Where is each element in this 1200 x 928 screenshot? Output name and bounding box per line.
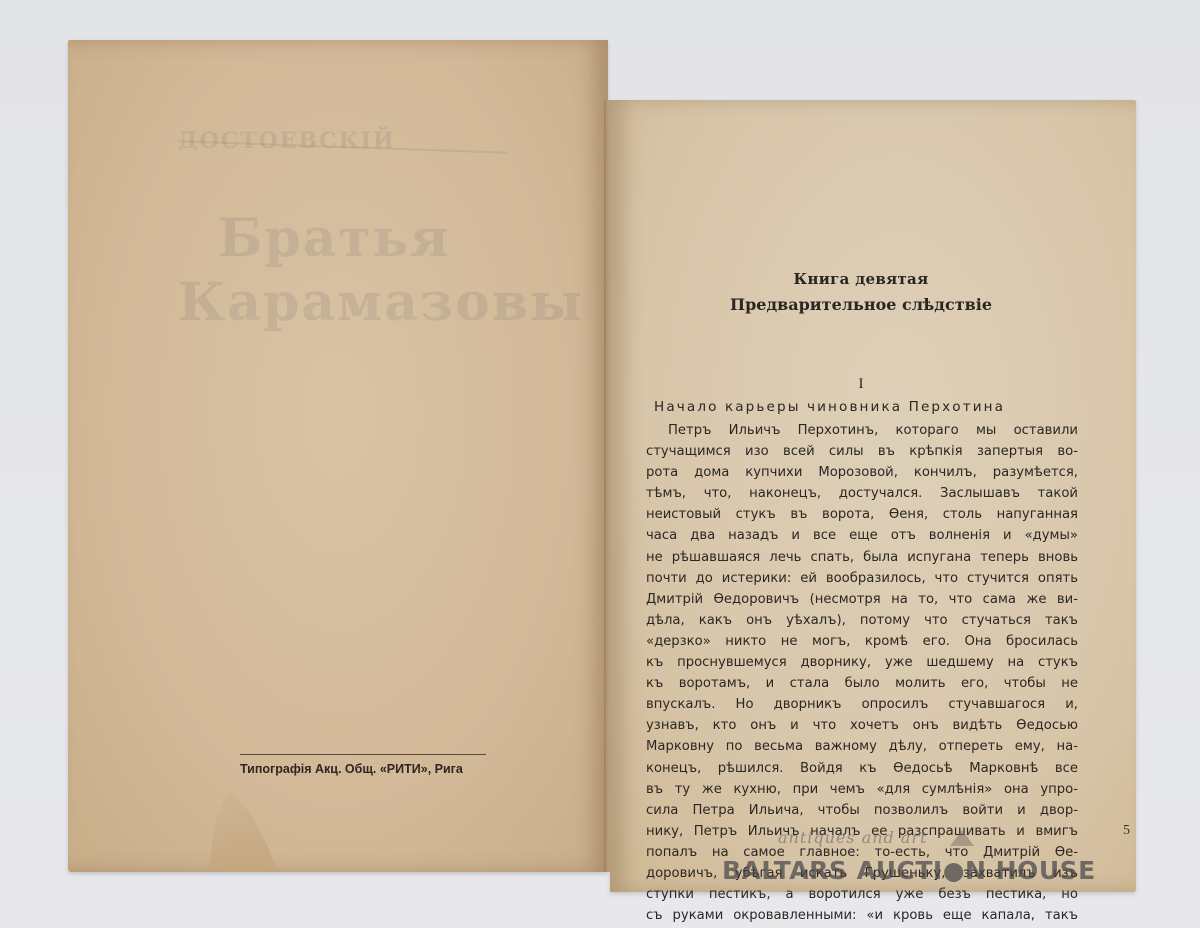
book-title: Книга девятая	[646, 270, 1076, 288]
imprint-divider	[240, 754, 486, 755]
watermark-subtitle: antiques and art	[778, 828, 928, 847]
auction-house-watermark: antiques and art BALTARS AUCTI●N HOUSE	[722, 830, 1122, 900]
chapter-title: Начало карьеры чиновника Перхотина	[654, 399, 1084, 415]
open-book: ДОСТОЕВСКІЙ Братья Карамазовы Типографія…	[68, 40, 1138, 872]
text-line: Петръ Ильичъ Перхотинъ, котораго мы оста…	[646, 420, 1078, 441]
text-line: къ проснувшемуся дворнику, уже шедшему н…	[646, 652, 1078, 673]
bleed-through-text: Карамазовы	[178, 272, 584, 333]
chapter-number: I	[646, 376, 1076, 393]
text-line: часа два назадъ и все еще отъ волненія и…	[646, 525, 1078, 546]
part-title: Предварительное слѣдствіе	[646, 295, 1076, 314]
text-line: «дерзко» никто не могъ, кромѣ его. Она б…	[646, 631, 1078, 652]
left-page: ДОСТОЕВСКІЙ Братья Карамазовы Типографія…	[68, 40, 608, 872]
printer-imprint: Типографія Акц. Общ. «РИТИ», Рига	[240, 762, 500, 776]
text-line: не рѣшавшаяся лечь спать, была испугана …	[646, 547, 1078, 568]
text-line: неистовый стукъ въ ворота, Ѳеня, столь н…	[646, 504, 1078, 525]
torn-page-corner	[208, 788, 278, 872]
text-line: дѣла, какъ онъ уѣхалъ), потому что стуча…	[646, 610, 1078, 631]
text-line: тѣмъ, что, наконецъ, достучался. Заслыша…	[646, 483, 1078, 504]
bleed-through-text: ДОСТОЕВСКІЙ	[178, 128, 396, 154]
text-line: сила Петра Ильича, чтобы позволилъ войти…	[646, 800, 1078, 821]
text-line: Марковну по весьма важному дѣлу, отперет…	[646, 736, 1078, 757]
text-line: рота дома купчихи Морозовой, кончилъ, ра…	[646, 462, 1078, 483]
right-page: Книга девятая Предварительное слѣдствіе …	[610, 100, 1136, 892]
bleed-through-text: Братья	[218, 208, 450, 269]
text-line: впускалъ. Но дворникъ опросилъ стучавшаг…	[646, 694, 1078, 715]
text-line: конецъ, рѣшился. Войдя къ Ѳедосьѣ Марков…	[646, 758, 1078, 779]
text-line: съ руками окровавленными: «и кровь еще к…	[646, 905, 1078, 926]
text-line: Дмитрій Ѳедоровичъ (несмотря на то, что …	[646, 589, 1078, 610]
text-line: узнавъ, кто онъ и что хочетъ онъ видѣть …	[646, 715, 1078, 736]
page-text-block: Книга девятая Предварительное слѣдствіе …	[646, 100, 1076, 892]
text-line: почти до истерики: ей вообразилось, что …	[646, 568, 1078, 589]
text-line: къ воротамъ, и стала было молить его, чт…	[646, 673, 1078, 694]
crown-icon	[950, 830, 974, 846]
watermark-title: BALTARS AUCTI●N HOUSE	[722, 856, 1096, 885]
text-line: въ ту же кухню, при чемъ «для сумлѣнія» …	[646, 779, 1078, 800]
text-line: стучащимся изо всей силы въ крѣпкія запе…	[646, 441, 1078, 462]
